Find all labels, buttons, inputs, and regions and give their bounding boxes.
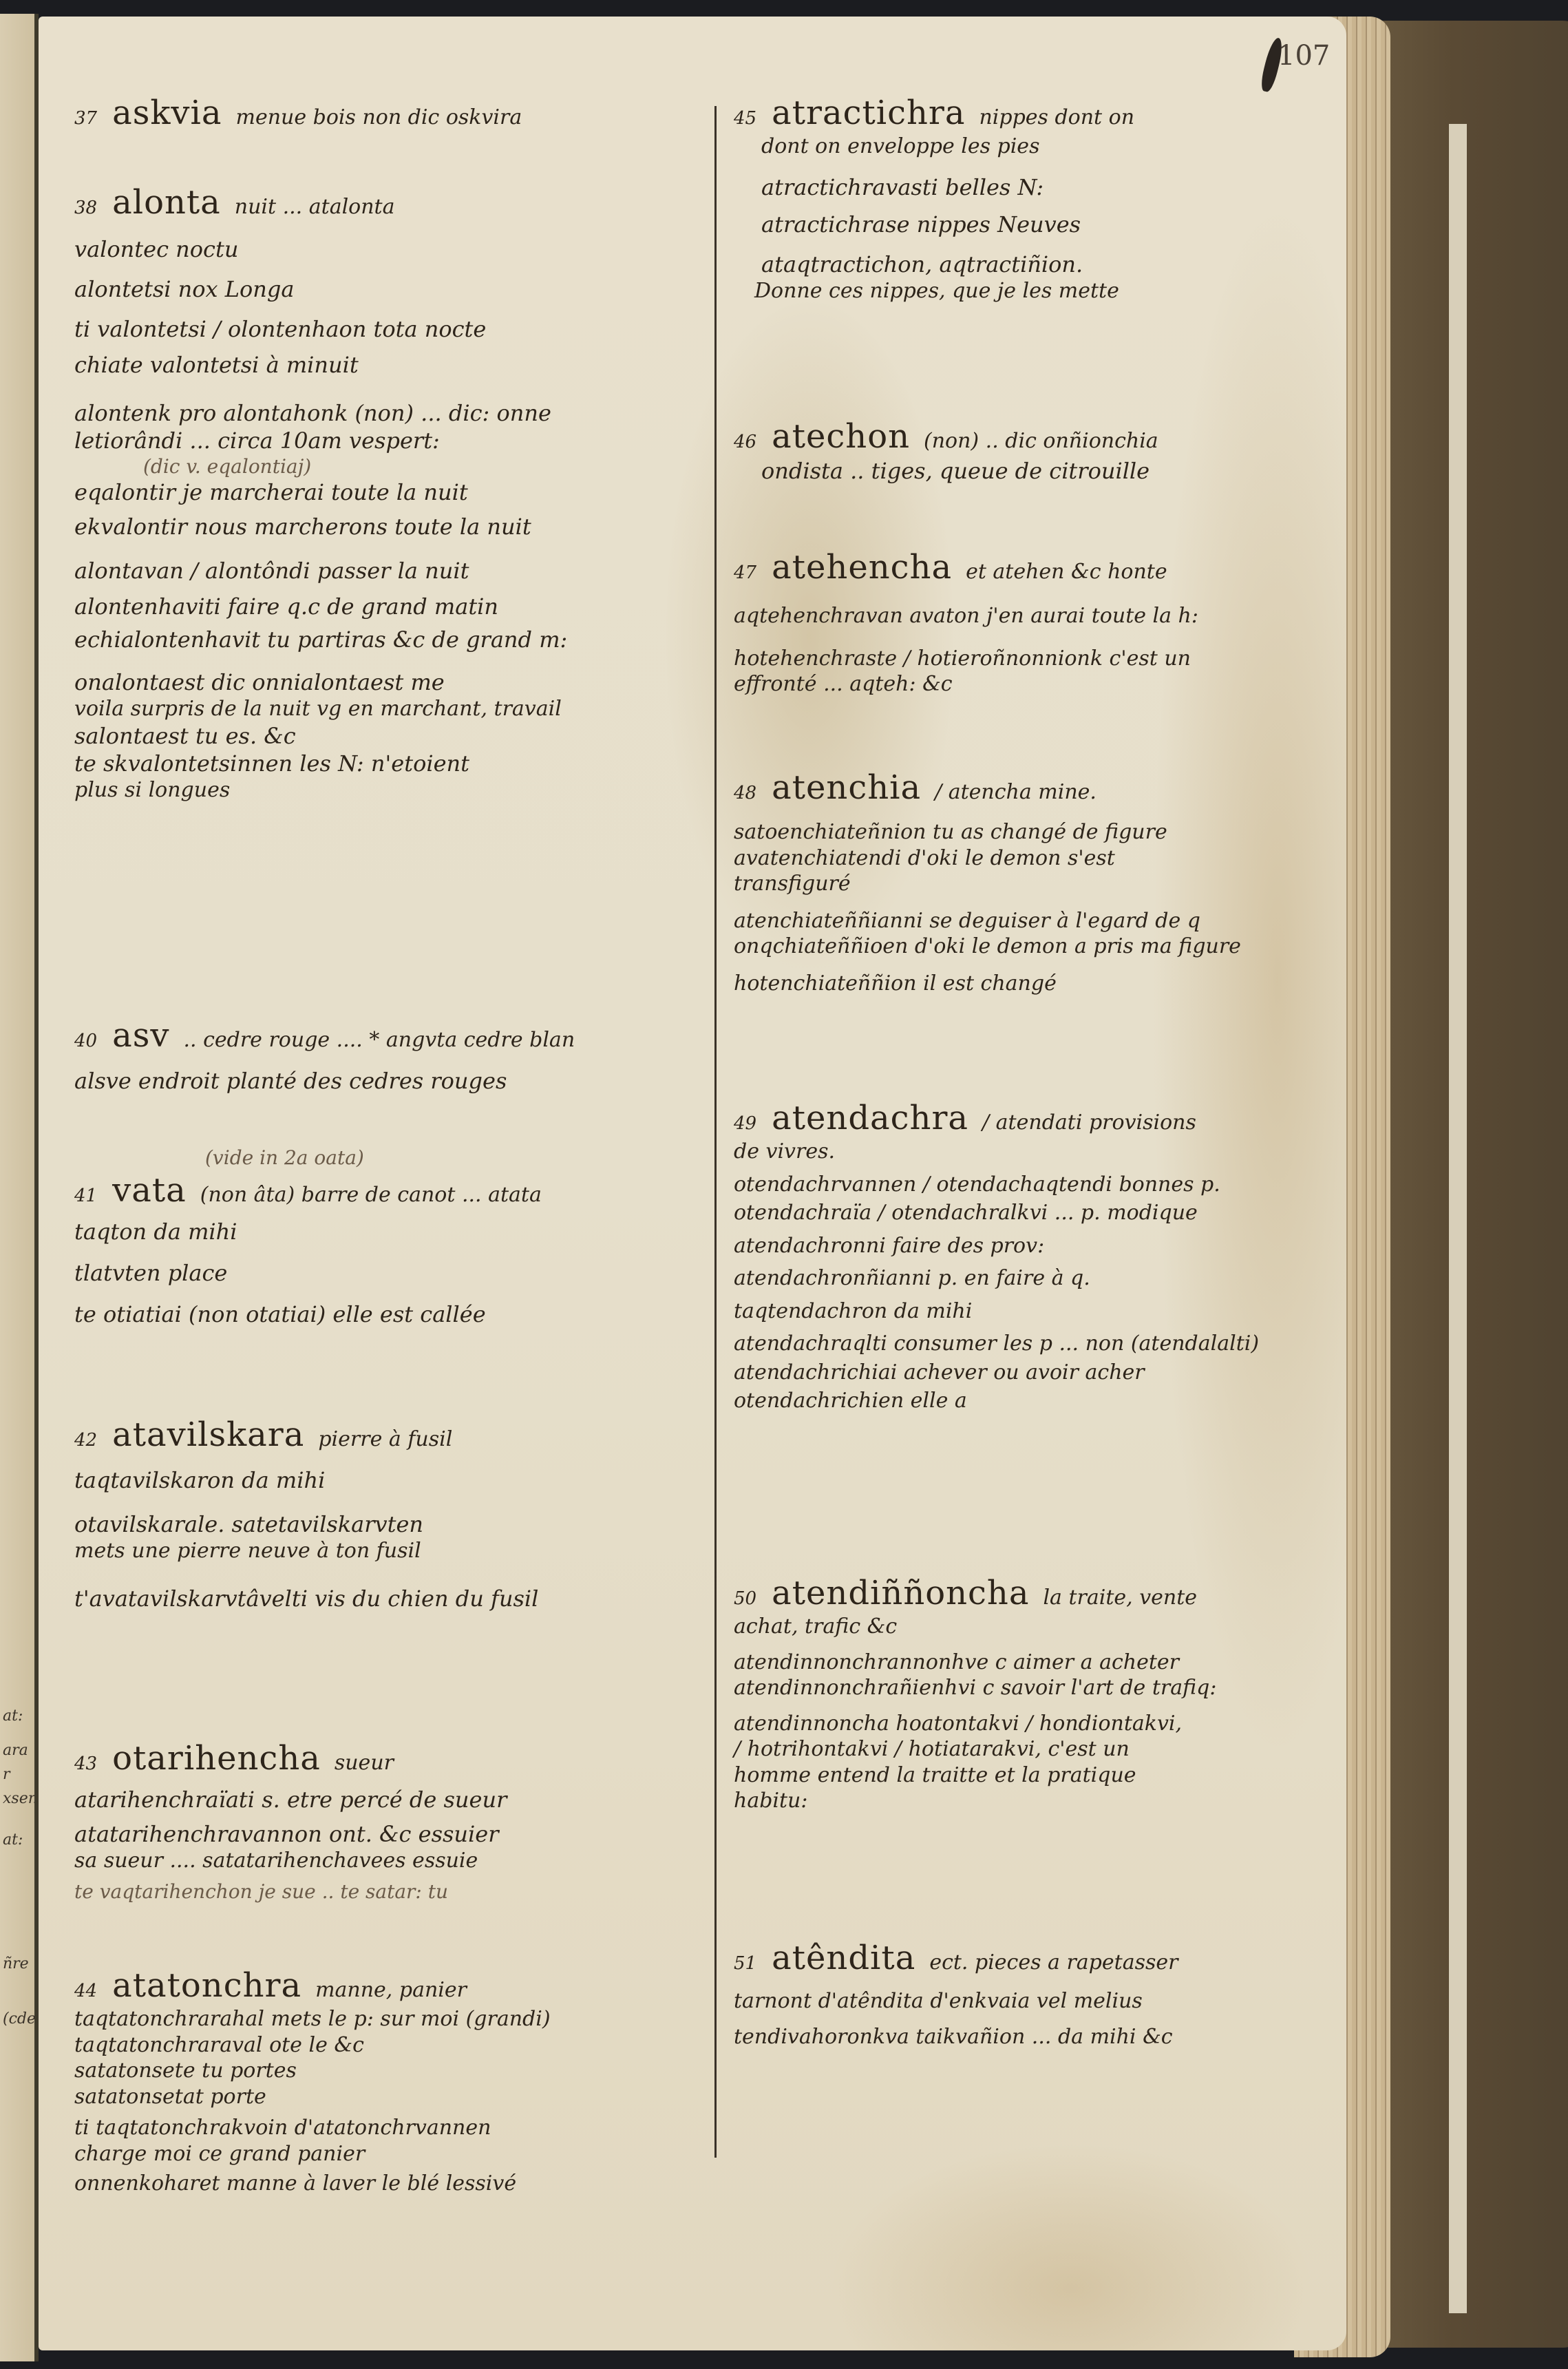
gloss: sueur xyxy=(335,1751,394,1775)
gloss: ect. pieces a rapetasser xyxy=(929,1950,1178,1975)
subentry: achat, trafic &c xyxy=(734,1614,1326,1640)
subentry: atendinnonchrannonhve c aimer a acheter xyxy=(734,1650,1326,1676)
entry-42: 42atavilskarapierre à fusil taqtavilskar… xyxy=(74,1414,708,1612)
subentry: aqtehenchravan avaton j'en aurai toute l… xyxy=(734,603,1326,629)
headword: atendachra xyxy=(772,1099,968,1137)
subentry: onalontaest dic onnialontaest me xyxy=(74,668,708,696)
subentry: t'avatavilskarvtâvelti vis du chien du f… xyxy=(74,1585,708,1612)
subentry: otavilskarale. satetavilskarvten xyxy=(74,1510,708,1538)
gloss: la traite, vente xyxy=(1043,1586,1197,1610)
subentry: sa sueur .... satatarihenchavees essuie xyxy=(74,1848,708,1874)
subentry: otendachraïa / otendachralkvi ... p. mod… xyxy=(734,1200,1326,1226)
subentry: atarihenchraïati s. etre percé de sueur xyxy=(74,1786,708,1813)
subentry: alontetsi nox Longa xyxy=(74,275,708,303)
gloss: (non âta) barre de canot ... atata xyxy=(200,1183,542,1207)
subentry: atenchiateññianni se deguiser à l'egard … xyxy=(734,908,1326,934)
margin-fragment: at: xyxy=(3,1831,23,1849)
headword: alonta xyxy=(112,183,221,222)
gloss: menue bois non dic oskvira xyxy=(236,105,522,129)
subentry: te otiatiai (non otatiai) elle est callé… xyxy=(74,1301,708,1328)
subentry: atendachronñianni p. en faire à q. xyxy=(734,1265,1326,1292)
gloss: manne, panier xyxy=(315,1978,467,2002)
subentry: onqchiateññioen d'oki le demon a pris ma… xyxy=(734,934,1326,960)
subentry: alontavan / alontôndi passer la nuit xyxy=(74,557,708,585)
subentry: ondista .. tiges, queue de citrouille xyxy=(761,457,1326,485)
subentry: effronté ... aqteh: &c xyxy=(734,671,1326,697)
entry-number: 49 xyxy=(734,1113,756,1134)
subentry: onnenkoharet manne à laver le blé lessiv… xyxy=(74,2171,708,2197)
subentry: alontenhaviti faire q.c de grand matin xyxy=(74,593,708,620)
subentry: atatarihenchravannon ont. &c essuier xyxy=(74,1820,708,1848)
entry-number: 47 xyxy=(734,562,756,583)
subentry: charge moi ce grand panier xyxy=(74,2141,708,2167)
entry-38: 38alontanuit ... atalonta valontec noctu… xyxy=(74,182,708,803)
gloss: nuit ... atalonta xyxy=(235,195,395,219)
entry-46: 46atechon(non) .. dic onñionchia ondista… xyxy=(734,416,1326,485)
headword: atractichra xyxy=(772,94,965,132)
subentry: homme entend la traitte et la pratique xyxy=(734,1762,1326,1789)
subentry: hotenchiateññion il est changé xyxy=(734,971,1326,997)
column-divider xyxy=(714,106,717,2158)
subentry: taqton da mihi xyxy=(74,1218,708,1245)
subentry: atendachraqlti consumer les p ... non (a… xyxy=(734,1331,1326,1357)
headword: atenchia xyxy=(772,768,921,807)
subentry: transfiguré xyxy=(734,871,1326,897)
subentry: Donne ces nippes, que je les mette xyxy=(754,278,1326,304)
page-number: 107 xyxy=(1278,40,1330,72)
entry-41: (vide in 2a oata) 41vata(non âta) barre … xyxy=(74,1146,708,1328)
subentry: plus si longues xyxy=(74,777,708,803)
headword: atehencha xyxy=(772,548,952,587)
margin-fragment: (cde xyxy=(3,2010,36,2028)
subentry: tarnont d'atêndita d'enkvaia vel melius xyxy=(734,1988,1326,2014)
entry-number: 48 xyxy=(734,783,756,803)
subentry: letiorândi ... circa 10am vespert: xyxy=(74,427,708,454)
subentry: ti taqtatonchrakvoin d'atatonchrvannen xyxy=(74,2115,708,2141)
entry-number: 38 xyxy=(74,198,97,218)
subentry: satatonsetat porte xyxy=(74,2084,708,2110)
entry-number: 44 xyxy=(74,1981,97,2001)
headword: askvia xyxy=(112,94,222,132)
entry-number: 50 xyxy=(734,1588,756,1609)
entry-number: 43 xyxy=(74,1754,97,1774)
subentry: de vivres. xyxy=(734,1139,1326,1165)
entry-number: 42 xyxy=(74,1430,97,1451)
headword: vata xyxy=(112,1171,187,1210)
margin-fragment: ñre xyxy=(3,1955,29,1972)
headword: atatonchra xyxy=(112,1966,301,2005)
entry-47: 47atehenchaet atehen &c honte aqtehenchr… xyxy=(734,547,1326,697)
annotation: (vide in 2a oata) xyxy=(205,1146,708,1170)
gloss: (non) .. dic onñionchia xyxy=(924,429,1158,453)
headword: atêndita xyxy=(772,1939,915,1977)
subentry: chiate valontetsi à minuit xyxy=(74,351,708,379)
entry-number: 41 xyxy=(74,1186,97,1206)
entry-45: 45atractichranippes dont on dont on enve… xyxy=(734,92,1326,304)
entry-49: 49atendachra/ atendati provisions de viv… xyxy=(734,1097,1326,1414)
subentry: taqtavilskaron da mihi xyxy=(74,1466,708,1494)
subentry: taqtatonchraraval ote le &c xyxy=(74,2032,708,2059)
headword: asv xyxy=(112,1016,169,1055)
annotation: te vaqtarihenchon je sue .. te satar: tu xyxy=(74,1880,708,1904)
subentry: avatenchiatendi d'oki le demon s'est xyxy=(734,845,1326,872)
gloss: nippes dont on xyxy=(979,105,1134,129)
margin-fragment: r xyxy=(3,1766,10,1783)
subentry: satoenchiateñnion tu as changé de figure xyxy=(734,819,1326,845)
subentry: ataqtractichon, aqtractiñion. xyxy=(761,251,1326,278)
entry-number: 46 xyxy=(734,432,756,452)
subentry: salontaest tu es. &c xyxy=(74,722,708,750)
entry-48: 48atenchia/ atencha mine. satoenchiateñn… xyxy=(734,767,1326,996)
headword: atendiññoncha xyxy=(772,1574,1029,1612)
subentry: dont on enveloppe les pies xyxy=(761,134,1326,160)
bookmark-strip xyxy=(1449,124,1467,2313)
subentry: atractichravasti belles N: xyxy=(761,173,1326,201)
subentry: alsve endroit planté des cedres rouges xyxy=(74,1067,708,1095)
annotation: (dic v. eqalontiaj) xyxy=(143,454,708,478)
subentry: atractichrase nippes Neuves xyxy=(761,211,1326,238)
subentry: / hotrihontakvi / hotiatarakvi, c'est un xyxy=(734,1736,1326,1762)
entry-number: 45 xyxy=(734,108,756,129)
headword: atechon xyxy=(772,417,910,456)
subentry: te skvalontetsinnen les N: n'etoient xyxy=(74,750,708,777)
subentry: valontec noctu xyxy=(74,235,708,263)
gloss: et atehen &c honte xyxy=(966,560,1167,584)
manuscript-page: 107 37askviamenue bois non dic oskvira 3… xyxy=(39,17,1346,2350)
subentry: otendachrvannen / otendachaqtendi bonnes… xyxy=(734,1172,1326,1198)
subentry: ti valontetsi / olontenhaon tota nocte xyxy=(74,315,708,343)
subentry: voila surpris de la nuit vg en marchant,… xyxy=(74,696,708,722)
headword: otarihencha xyxy=(112,1739,321,1778)
entry-51: 51atênditaect. pieces a rapetasser tarno… xyxy=(734,1937,1326,2050)
subentry: taqtendachron da mihi xyxy=(734,1298,1326,1325)
subentry: tlatvten place xyxy=(74,1259,708,1287)
entry-43: 43otarihenchasueur atarihenchraïati s. e… xyxy=(74,1738,708,1904)
gloss: pierre à fusil xyxy=(318,1427,452,1451)
subentry: echialontenhavit tu partiras &c de grand… xyxy=(74,626,708,653)
subentry: atendachronni faire des prov: xyxy=(734,1233,1326,1259)
subentry: tendivahoronkva taikvañion ... da mihi &… xyxy=(734,2024,1326,2050)
subentry: mets une pierre neuve à ton fusil xyxy=(74,1538,708,1564)
entry-number: 37 xyxy=(74,108,97,129)
subentry: atendinnonchrañienhvi c savoir l'art de … xyxy=(734,1675,1326,1701)
subentry: atendachrichiai achever ou avoir acher xyxy=(734,1360,1326,1386)
entry-40: 40asv.. cedre rouge .... * angvta cedre … xyxy=(74,1015,708,1095)
entry-number: 40 xyxy=(74,1031,97,1051)
margin-fragment: ara xyxy=(3,1742,28,1759)
headword: atavilskara xyxy=(112,1415,304,1454)
subentry: alontenk pro alontahonk (non) ... dic: o… xyxy=(74,399,708,427)
subentry: atendinnoncha hoatontakvi / hondiontakvi… xyxy=(734,1711,1326,1737)
subentry: otendachrichien elle a xyxy=(734,1388,1326,1414)
subentry: eqalontir je marcherai toute la nuit xyxy=(74,478,708,506)
entry-50: 50atendiññonchala traite, vente achat, t… xyxy=(734,1572,1326,1814)
entry-44: 44atatonchramanne, panier taqtatonchrara… xyxy=(74,1965,708,2197)
entry-37: 37askviamenue bois non dic oskvira xyxy=(74,92,708,134)
subentry: hotehenchraste / hotieroñnonnionk c'est … xyxy=(734,646,1326,672)
gloss: / atendati provisions xyxy=(982,1110,1196,1135)
subentry: taqtatonchrarahal mets le p: sur moi (gr… xyxy=(74,2006,708,2032)
margin-fragment: at: xyxy=(3,1707,23,1725)
subentry: habitu: xyxy=(734,1788,1326,1814)
gloss: / atencha mine. xyxy=(935,780,1096,804)
entry-number: 51 xyxy=(734,1953,756,1974)
subentry: satatonsete tu portes xyxy=(74,2058,708,2084)
gloss: .. cedre rouge .... * angvta cedre blan xyxy=(183,1028,575,1052)
facing-page-edge: at: ara r xsenh at: ñre (cde xyxy=(0,14,36,2361)
subentry: ekvalontir nous marcherons toute la nuit xyxy=(74,513,708,540)
